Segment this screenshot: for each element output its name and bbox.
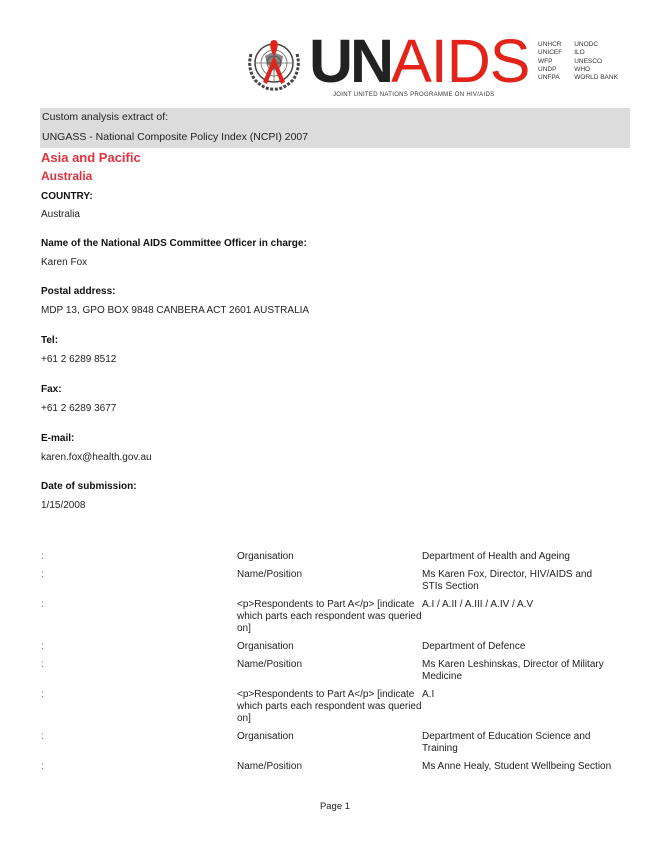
table-row: : Organisation Department of Education S…: [41, 731, 636, 755]
row-field: Name/Position: [237, 569, 422, 593]
field-label-email: E-mail:: [41, 433, 74, 444]
field-value-postal: MDP 13, GPO BOX 9848 CANBERA ACT 2601 AU…: [41, 305, 309, 316]
cosponsor: UNODC: [574, 41, 618, 49]
field-label-fax: Fax:: [41, 384, 62, 395]
row-field: <p>Respondents to Part A</p> [indicate w…: [237, 689, 422, 725]
cosponsor: UNDP: [538, 66, 562, 74]
row-value: Ms Karen Fox, Director, HIV/AIDS and STI…: [422, 569, 612, 593]
field-value-tel: +61 2 6289 8512: [41, 354, 116, 365]
row-value: Ms Karen Leshinskas, Director of Militar…: [422, 659, 612, 683]
extract-source: UNGASS - National Composite Policy Index…: [42, 131, 308, 143]
field-value-date: 1/15/2008: [41, 500, 86, 511]
region-heading: Asia and Pacific: [41, 150, 141, 165]
table-row: : <p>Respondents to Part A</p> [indicate…: [41, 599, 636, 635]
cosponsor: ILO: [574, 49, 618, 57]
field-value-fax: +61 2 6289 3677: [41, 403, 116, 414]
logo-aids-text: AIDS: [391, 27, 529, 95]
table-row: : Name/Position Ms Karen Leshinskas, Dir…: [41, 659, 636, 683]
field-label-officer: Name of the National AIDS Committee Offi…: [41, 238, 307, 249]
unaids-logo: UNAIDS: [309, 26, 529, 96]
page-number: Page 1: [0, 801, 670, 812]
row-value: Department of Health and Ageing: [422, 551, 612, 563]
cosponsor: UNICEF: [538, 49, 562, 57]
row-value: Ms Anne Healy, Student Wellbeing Section: [422, 761, 612, 773]
row-value: A.I: [422, 689, 612, 725]
field-label-tel: Tel:: [41, 335, 58, 346]
respondents-table: : Organisation Department of Health and …: [41, 551, 636, 779]
row-field: <p>Respondents to Part A</p> [indicate w…: [237, 599, 422, 635]
row-field: Name/Position: [237, 761, 422, 773]
row-field: Name/Position: [237, 659, 422, 683]
row-field: Organisation: [237, 551, 422, 563]
cosponsor: UNHCR: [538, 41, 562, 49]
un-emblem-red-ribbon-icon: [243, 34, 305, 96]
table-row: : Name/Position Ms Karen Fox, Director, …: [41, 569, 636, 593]
extract-intro: Custom analysis extract of:: [42, 111, 168, 123]
row-marker: :: [41, 689, 237, 725]
logo-un-text: UN: [309, 27, 391, 95]
row-value: A.I / A.II / A.III / A.IV / A.V: [422, 599, 612, 635]
row-marker: :: [41, 731, 237, 755]
cosponsor: WHO: [574, 66, 618, 74]
field-label-country: COUNTRY:: [41, 191, 93, 202]
field-value-country: Australia: [41, 209, 80, 220]
cosponsor: UNESCO: [574, 58, 618, 66]
row-field: Organisation: [237, 731, 422, 755]
cosponsors-right: UNODC ILO UNESCO WHO WORLD BANK: [574, 41, 618, 82]
table-row: : <p>Respondents to Part A</p> [indicate…: [41, 689, 636, 725]
unaids-header: UNAIDS JOINT UNITED NATIONS PROGRAMME ON…: [243, 28, 663, 103]
field-label-date: Date of submission:: [41, 481, 137, 492]
field-value-email: karen.fox@health.gov.au: [41, 452, 152, 463]
row-marker: :: [41, 569, 237, 593]
cosponsors-list: UNHCR UNICEF WFP UNDP UNFPA UNODC ILO UN…: [538, 41, 618, 82]
country-heading: Australia: [41, 169, 92, 183]
table-row: : Organisation Department of Defence: [41, 641, 636, 653]
cosponsor: UNFPA: [538, 74, 562, 82]
table-row: : Organisation Department of Health and …: [41, 551, 636, 563]
row-marker: :: [41, 599, 237, 635]
row-value: Department of Education Science and Trai…: [422, 731, 612, 755]
table-row: : Name/Position Ms Anne Healy, Student W…: [41, 761, 636, 773]
row-marker: :: [41, 551, 237, 563]
field-label-postal: Postal address:: [41, 286, 115, 297]
field-value-officer: Karen Fox: [41, 257, 87, 268]
cosponsor: WORLD BANK: [574, 74, 618, 82]
row-marker: :: [41, 761, 237, 773]
row-marker: :: [41, 641, 237, 653]
row-value: Department of Defence: [422, 641, 612, 653]
cosponsor: WFP: [538, 58, 562, 66]
row-marker: :: [41, 659, 237, 683]
cosponsors-left: UNHCR UNICEF WFP UNDP UNFPA: [538, 41, 562, 82]
row-field: Organisation: [237, 641, 422, 653]
extract-banner: Custom analysis extract of: UNGASS - Nat…: [40, 108, 630, 148]
logo-subtitle: JOINT UNITED NATIONS PROGRAMME ON HIV/AI…: [333, 92, 494, 98]
